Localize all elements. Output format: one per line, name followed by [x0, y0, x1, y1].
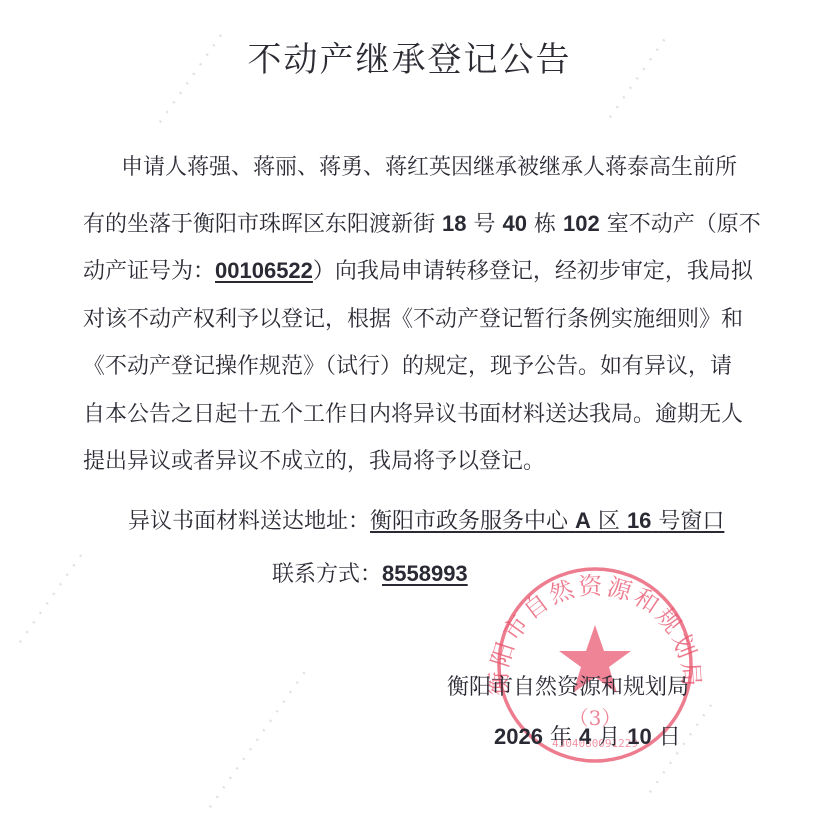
address-value-b: 区: [598, 509, 620, 534]
date-day-unit: 日: [659, 725, 681, 750]
address-window-no: 16: [627, 508, 651, 533]
body-line-2: 有的坐落于衡阳市珠晖区东阳渡新街 18 号 40 栋 102 室不动产（原不: [83, 207, 761, 238]
watermark: ··········: [10, 545, 92, 651]
address-value-c: 号窗口: [658, 509, 724, 534]
objection-address-line: 异议书面材料送达地址：衡阳市政务服务中心 A 区 16 号窗口: [128, 504, 724, 535]
cert-suffix: ）向我局申请转移登记，经初步审定，我局拟: [313, 259, 753, 284]
objection-address-label: 异议书面材料送达地址：: [128, 509, 370, 534]
date-year-unit: 年: [550, 725, 572, 750]
notice-page: ·········· ········· ·········· ········…: [0, 0, 819, 819]
body-line-1: 申请人蒋强、蒋丽、蒋勇、蒋红英因继承被继承人蒋泰高生前所: [121, 150, 737, 181]
contact-line: 联系方式：8558993: [272, 557, 468, 588]
contact-label: 联系方式：: [272, 562, 382, 587]
objection-address-value: 衡阳市政务服务中心 A 区 16 号窗口: [370, 509, 724, 534]
address-value-a: 衡阳市政务服务中心: [370, 509, 568, 534]
issuer-name: 衡阳市自然资源和规划局: [447, 670, 689, 701]
body-line-4: 对该不动产权利予以登记，根据《不动产登记暂行条例实施细则》和: [83, 302, 743, 333]
dong-text: 栋: [534, 212, 556, 237]
date-day: 10: [627, 724, 651, 749]
body-line-5: 《不动产登记操作规范》（试行）的规定，现予公告。如有异议，请: [83, 349, 732, 380]
building-number: 40: [503, 211, 527, 236]
page-title: 不动产继承登记公告: [0, 32, 819, 81]
room-suffix-text: 室不动产（原不: [607, 212, 761, 237]
cert-number: 00106522: [215, 258, 313, 283]
street-number: 18: [442, 211, 466, 236]
body-line-7: 提出异议或者异议不成立的，我局将予以登记。: [83, 444, 545, 475]
contact-phone: 8558993: [382, 561, 468, 586]
address-zone: A: [575, 508, 591, 533]
body-line-6: 自本公告之日起十五个工作日内将异议书面材料送达我局。逾期无人: [83, 397, 743, 428]
hao-text: 号: [474, 212, 496, 237]
issue-date: 2026 年 4 月 10 日: [494, 720, 681, 751]
watermark: ···············: [200, 662, 316, 816]
date-year: 2026: [494, 724, 543, 749]
date-month-unit: 月: [598, 725, 620, 750]
address-text: 有的坐落于衡阳市珠晖区东阳渡新街: [83, 212, 435, 237]
date-month: 4: [579, 724, 591, 749]
room-number: 102: [563, 211, 600, 236]
body-line-3: 动产证号为：00106522）向我局申请转移登记，经初步审定，我局拟: [83, 254, 753, 285]
cert-label: 动产证号为：: [83, 259, 215, 284]
